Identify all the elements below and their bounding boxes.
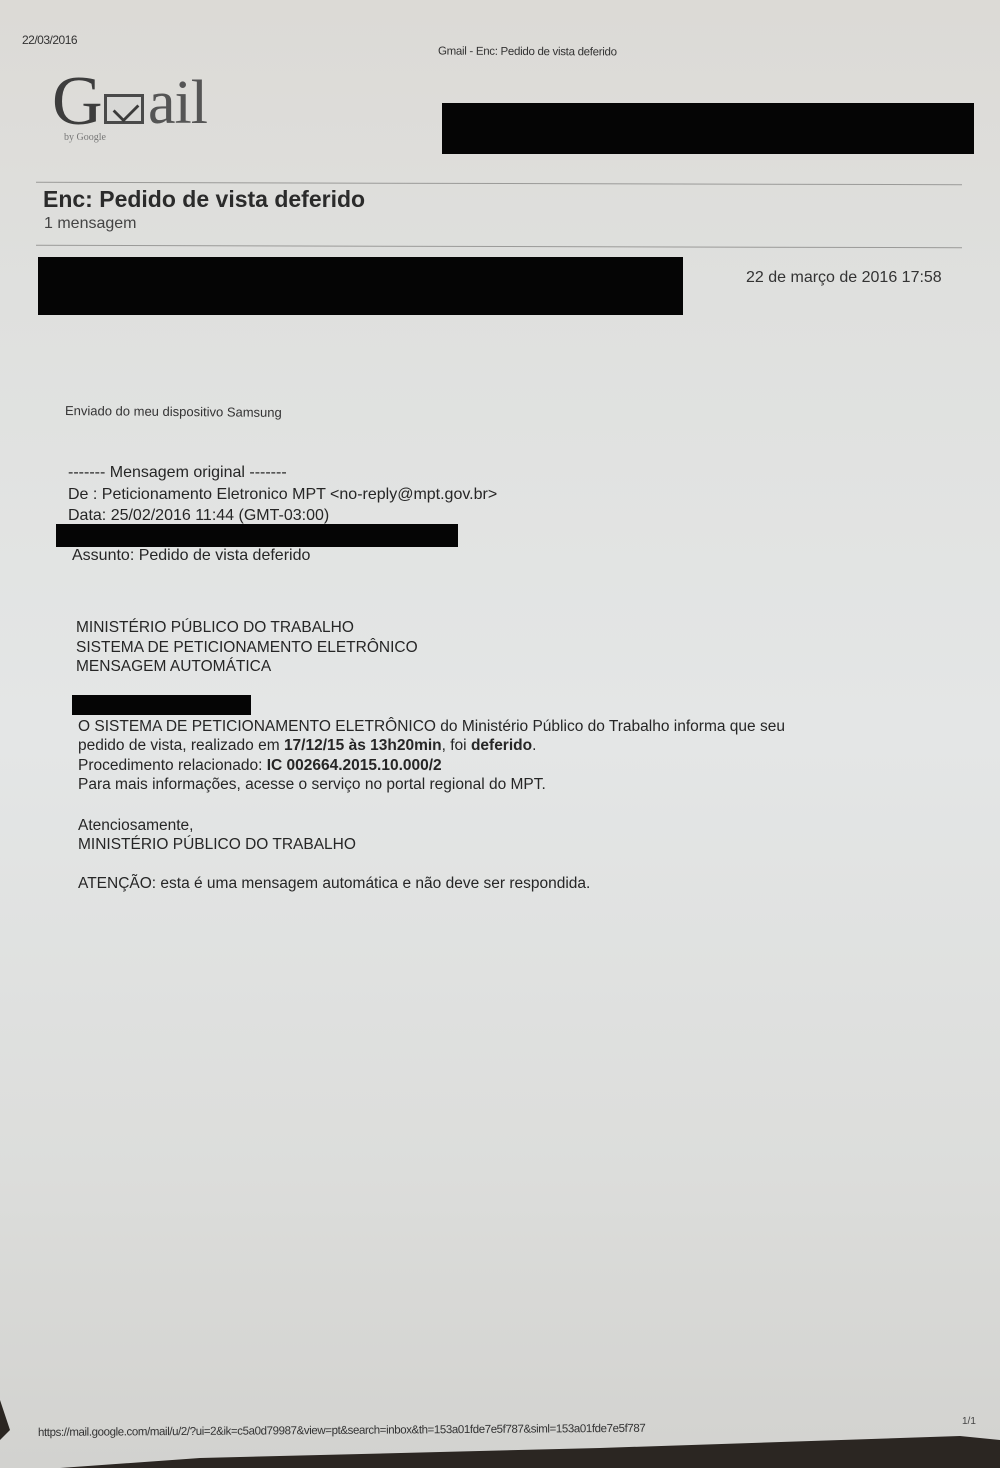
logo-g: G — [52, 62, 103, 142]
redacted-account — [442, 103, 974, 154]
page-number: 1/1 — [962, 1416, 976, 1427]
request-status: deferido — [471, 737, 532, 754]
divider-top — [36, 182, 962, 185]
original-subject: Assunto: Pedido de vista deferido — [72, 547, 310, 565]
printed-page: 22/03/2016 Gmail - Enc: Pedido de vista … — [0, 0, 1000, 1468]
text-mid: , foi — [442, 737, 471, 754]
text-pre: pedido de vista, realizado em — [78, 737, 284, 754]
logo-ail: ail — [148, 68, 207, 139]
request-datetime: 17/12/15 às 13h20min — [284, 737, 442, 754]
body-header-line-3: MENSAGEM AUTOMÁTICA — [76, 658, 271, 676]
print-title: Gmail - Enc: Pedido de vista deferido — [438, 46, 617, 59]
procedure-label: Procedimento relacionado: — [78, 757, 267, 774]
redacted-sender — [38, 257, 683, 315]
closing: Atenciosamente, — [78, 817, 193, 835]
gmail-envelope-icon — [104, 94, 144, 124]
divider-bottom — [36, 245, 962, 248]
body-header-line-1: MINISTÉRIO PÚBLICO DO TRABALHO — [76, 619, 354, 637]
thread-subject: Enc: Pedido de vista deferido — [43, 186, 365, 213]
redacted-greeting — [72, 695, 251, 715]
logo-by-google: by Google — [64, 132, 106, 143]
automatic-warning: ATENÇÃO: esta é uma mensagem automática … — [78, 875, 590, 893]
print-date: 22/03/2016 — [22, 33, 77, 47]
original-message-separator: ------- Mensagem original ------- — [68, 464, 287, 482]
procedure-number: IC 002664.2015.10.000/2 — [267, 757, 442, 774]
print-footer-url: https://mail.google.com/mail/u/2/?ui=2&i… — [38, 1423, 645, 1439]
original-from: De : Peticionamento Eletronico MPT <no-r… — [68, 486, 497, 504]
body-paragraph-line-1: O SISTEMA DE PETICIONAMENTO ELETRÔNICO d… — [78, 718, 785, 736]
message-date: 22 de março de 2016 17:58 — [746, 269, 942, 287]
sent-from-signature: Enviado do meu dispositivo Samsung — [65, 403, 282, 420]
original-date: Data: 25/02/2016 11:44 (GMT-03:00) — [68, 507, 329, 525]
body-header-line-2: SISTEMA DE PETICIONAMENTO ELETRÔNICO — [76, 639, 418, 657]
message-count: 1 mensagem — [44, 215, 137, 233]
text-post: . — [532, 737, 536, 754]
more-info-line: Para mais informações, acesse o serviço … — [78, 776, 546, 794]
body-paragraph-line-2: pedido de vista, realizado em 17/12/15 à… — [78, 737, 536, 755]
redacted-recipient — [56, 524, 458, 547]
signature: MINISTÉRIO PÚBLICO DO TRABALHO — [78, 836, 356, 854]
procedure-line: Procedimento relacionado: IC 002664.2015… — [78, 757, 442, 775]
